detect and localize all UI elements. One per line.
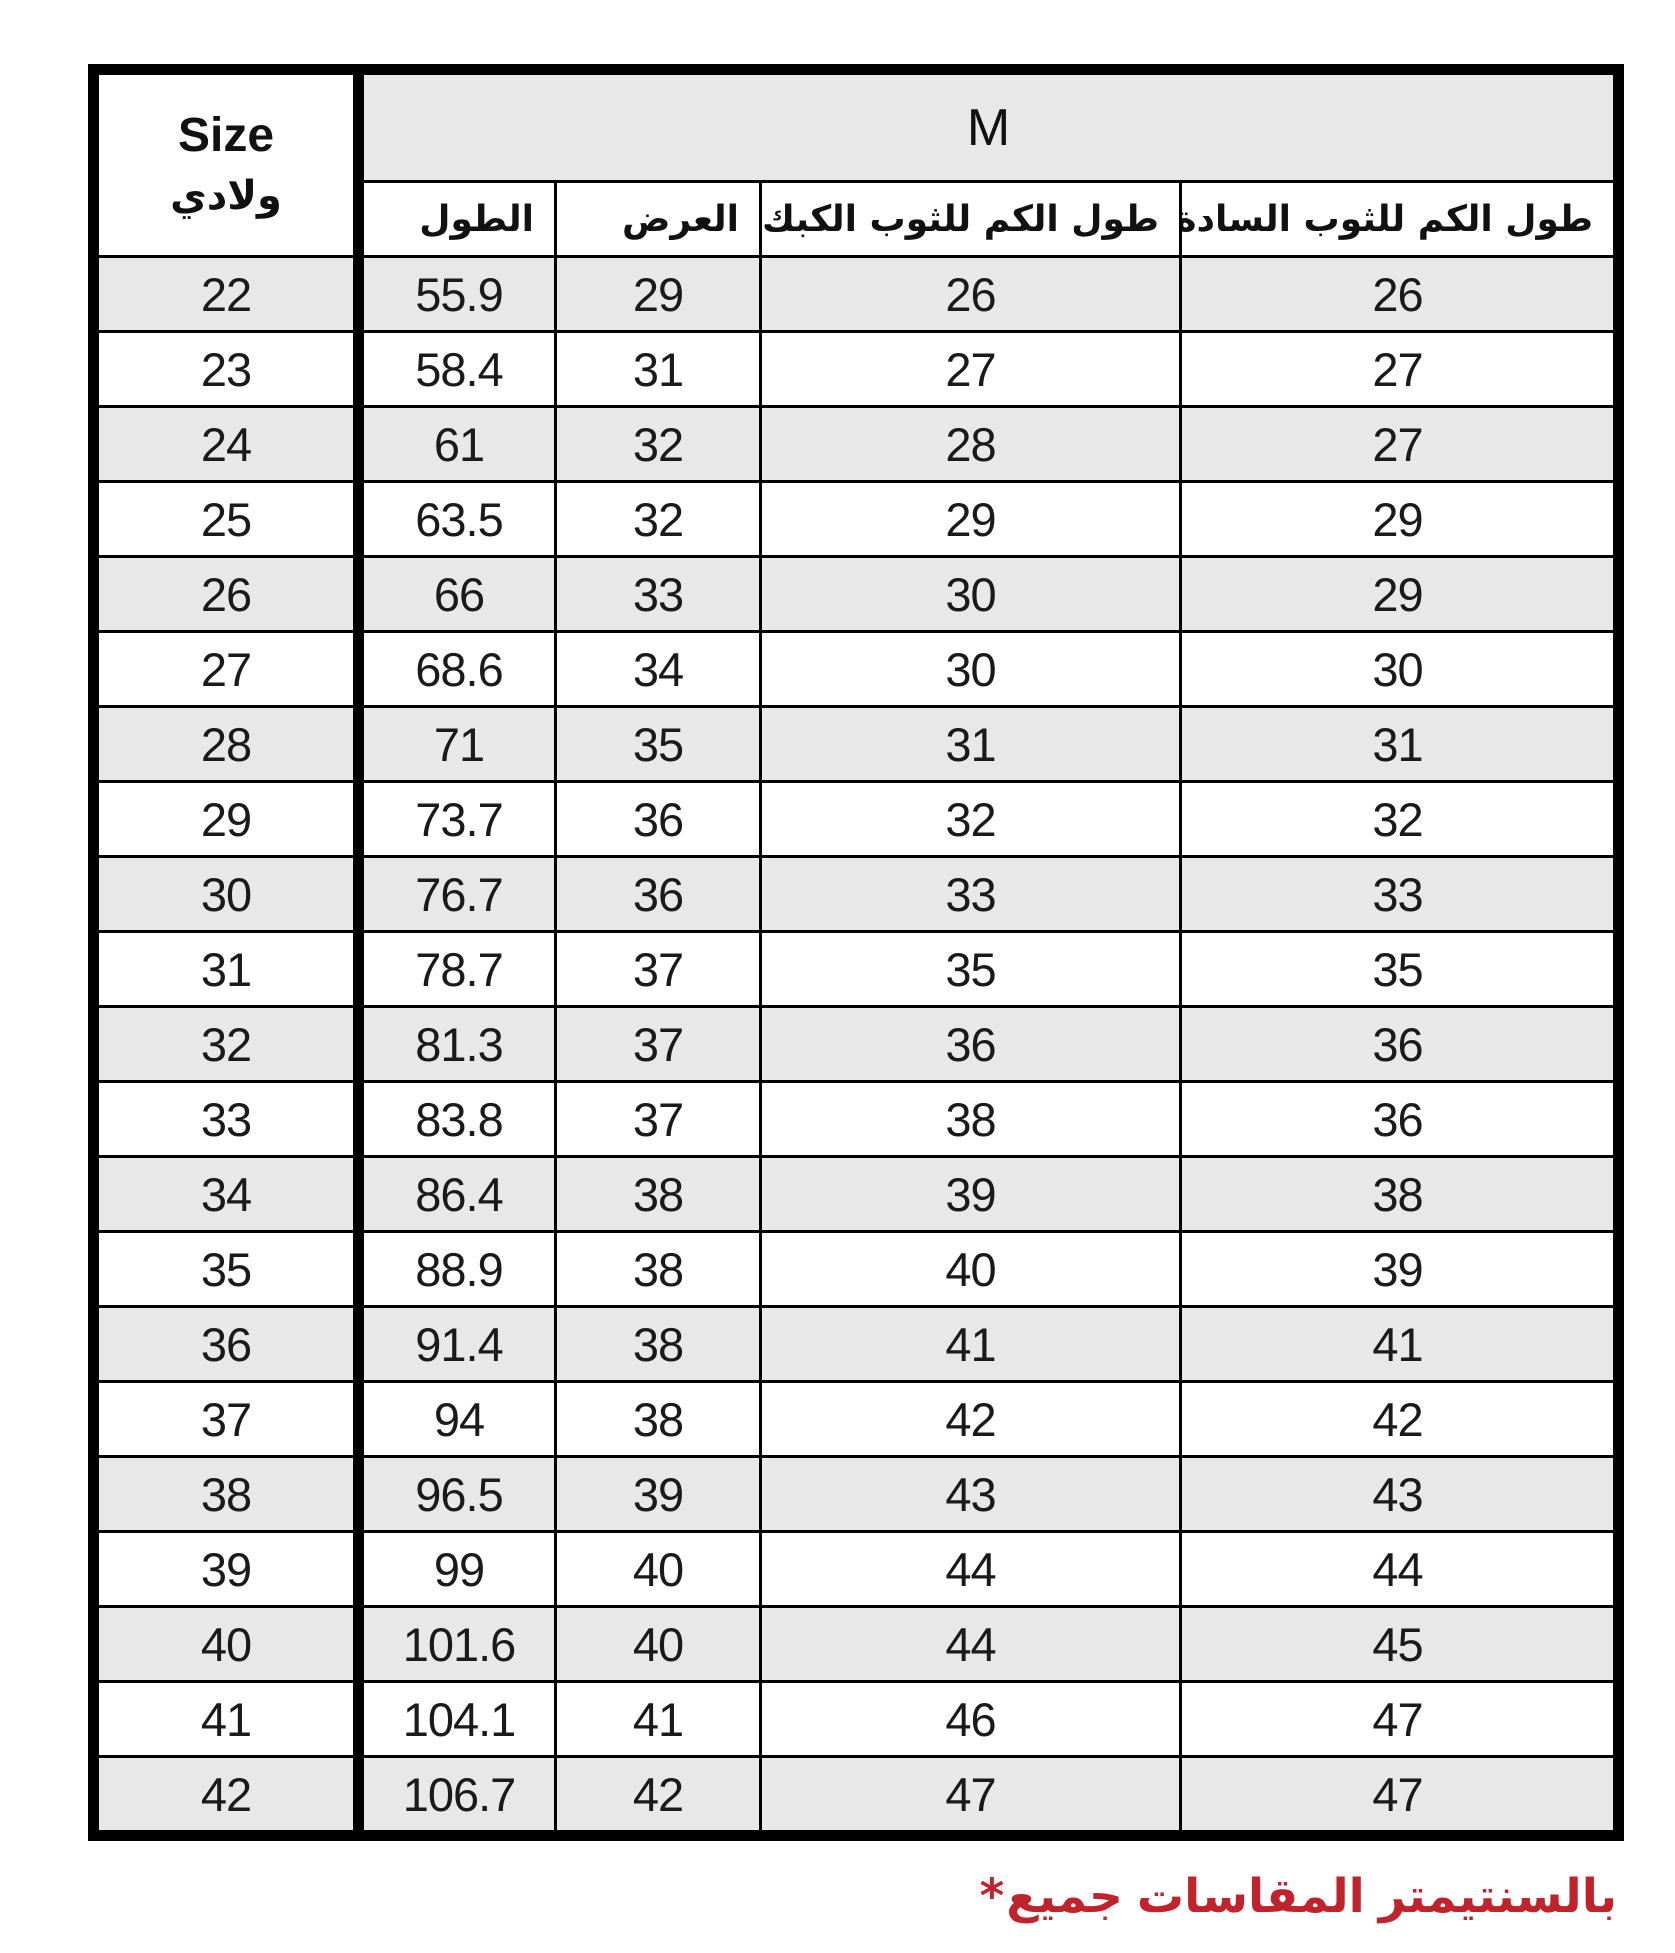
group-header-m: M <box>359 70 1619 182</box>
sleeve-plain-cell: 41 <box>1181 1307 1619 1382</box>
width-cell: 40 <box>556 1532 761 1607</box>
measurements-footnote: * جميع المقاسات بالسنتيمتر <box>980 1866 1617 1927</box>
length-cell: 58.4 <box>359 332 556 407</box>
sleeve-cuff-cell: 44 <box>761 1607 1181 1682</box>
sleeve-cuff-cell: 40 <box>761 1232 1181 1307</box>
size-chart-table: Size ولادي M الطول العرض طول الكم للثوب … <box>88 64 1624 1841</box>
width-cell: 36 <box>556 782 761 857</box>
sleeve-cuff-cell: 32 <box>761 782 1181 857</box>
column-header-width: العرض <box>556 182 761 257</box>
width-cell: 38 <box>556 1307 761 1382</box>
size-cell: 28 <box>94 707 359 782</box>
table-row: 32 81.3 37 36 36 <box>94 1007 1619 1082</box>
sleeve-cuff-cell: 44 <box>761 1532 1181 1607</box>
table-row: 25 63.5 32 29 29 <box>94 482 1619 557</box>
sleeve-cuff-cell: 38 <box>761 1082 1181 1157</box>
table-row: 34 86.4 38 39 38 <box>94 1157 1619 1232</box>
sleeve-plain-cell: 44 <box>1181 1532 1619 1607</box>
length-cell: 106.7 <box>359 1757 556 1836</box>
width-cell: 37 <box>556 1007 761 1082</box>
sleeve-plain-cell: 33 <box>1181 857 1619 932</box>
length-cell: 94 <box>359 1382 556 1457</box>
sleeve-cuff-cell: 33 <box>761 857 1181 932</box>
size-cell: 32 <box>94 1007 359 1082</box>
sleeve-cuff-cell: 36 <box>761 1007 1181 1082</box>
width-cell: 38 <box>556 1232 761 1307</box>
table-row: 38 96.5 39 43 43 <box>94 1457 1619 1532</box>
column-header-length: الطول <box>359 182 556 257</box>
width-cell: 36 <box>556 857 761 932</box>
size-cell: 39 <box>94 1532 359 1607</box>
size-cell: 36 <box>94 1307 359 1382</box>
table-row: 36 91.4 38 41 41 <box>94 1307 1619 1382</box>
width-cell: 42 <box>556 1757 761 1836</box>
sleeve-cuff-cell: 29 <box>761 482 1181 557</box>
size-cell: 42 <box>94 1757 359 1836</box>
sleeve-plain-cell: 30 <box>1181 632 1619 707</box>
sleeve-cuff-cell: 39 <box>761 1157 1181 1232</box>
column-header-sleeve-cuff: طول الكم للثوب الكبك <box>761 182 1181 257</box>
size-cell: 35 <box>94 1232 359 1307</box>
sleeve-cuff-cell: 26 <box>761 257 1181 332</box>
length-cell: 55.9 <box>359 257 556 332</box>
sleeve-plain-cell: 47 <box>1181 1682 1619 1757</box>
table-row: 42 106.7 42 47 47 <box>94 1757 1619 1836</box>
length-cell: 71 <box>359 707 556 782</box>
size-cell: 27 <box>94 632 359 707</box>
group-header-row: Size ولادي M <box>94 70 1619 182</box>
sleeve-plain-cell: 29 <box>1181 482 1619 557</box>
size-cell: 38 <box>94 1457 359 1532</box>
size-cell: 31 <box>94 932 359 1007</box>
size-cell: 22 <box>94 257 359 332</box>
sleeve-plain-cell: 43 <box>1181 1457 1619 1532</box>
length-cell: 73.7 <box>359 782 556 857</box>
sleeve-plain-cell: 35 <box>1181 932 1619 1007</box>
size-cell: 26 <box>94 557 359 632</box>
sleeve-cuff-cell: 27 <box>761 332 1181 407</box>
width-cell: 37 <box>556 932 761 1007</box>
sleeve-cuff-cell: 46 <box>761 1682 1181 1757</box>
table-row: 23 58.4 31 27 27 <box>94 332 1619 407</box>
size-cell: 41 <box>94 1682 359 1757</box>
length-cell: 63.5 <box>359 482 556 557</box>
sleeve-plain-cell: 45 <box>1181 1607 1619 1682</box>
length-cell: 78.7 <box>359 932 556 1007</box>
sleeve-cuff-cell: 30 <box>761 632 1181 707</box>
table-row: 27 68.6 34 30 30 <box>94 632 1619 707</box>
sleeve-plain-cell: 29 <box>1181 557 1619 632</box>
length-cell: 91.4 <box>359 1307 556 1382</box>
table-row: 41 104.1 41 46 47 <box>94 1682 1619 1757</box>
table-row: 29 73.7 36 32 32 <box>94 782 1619 857</box>
width-cell: 38 <box>556 1157 761 1232</box>
length-cell: 66 <box>359 557 556 632</box>
size-cell: 30 <box>94 857 359 932</box>
size-cell: 24 <box>94 407 359 482</box>
width-cell: 39 <box>556 1457 761 1532</box>
sleeve-plain-cell: 47 <box>1181 1757 1619 1836</box>
sleeve-cuff-cell: 30 <box>761 557 1181 632</box>
length-cell: 68.6 <box>359 632 556 707</box>
sleeve-cuff-cell: 41 <box>761 1307 1181 1382</box>
length-cell: 83.8 <box>359 1082 556 1157</box>
sleeve-plain-cell: 27 <box>1181 332 1619 407</box>
size-cell: 25 <box>94 482 359 557</box>
width-cell: 38 <box>556 1382 761 1457</box>
sleeve-plain-cell: 38 <box>1181 1157 1619 1232</box>
sleeve-plain-cell: 31 <box>1181 707 1619 782</box>
sleeve-cuff-cell: 28 <box>761 407 1181 482</box>
sleeve-plain-cell: 39 <box>1181 1232 1619 1307</box>
length-cell: 88.9 <box>359 1232 556 1307</box>
sleeve-cuff-cell: 47 <box>761 1757 1181 1836</box>
size-cell: 23 <box>94 332 359 407</box>
table-row: 37 94 38 42 42 <box>94 1382 1619 1457</box>
width-cell: 34 <box>556 632 761 707</box>
table-row: 33 83.8 37 38 36 <box>94 1082 1619 1157</box>
column-header-sleeve-plain: طول الكم للثوب السادة <box>1181 182 1619 257</box>
sleeve-cuff-cell: 35 <box>761 932 1181 1007</box>
footnote-word: بالسنتيمتر <box>1379 1866 1617 1927</box>
width-cell: 32 <box>556 482 761 557</box>
sleeve-plain-cell: 36 <box>1181 1082 1619 1157</box>
table-row: 26 66 33 30 29 <box>94 557 1619 632</box>
size-label-en: Size <box>99 110 353 163</box>
size-label-ar: ولادي <box>99 172 353 220</box>
width-cell: 40 <box>556 1607 761 1682</box>
length-cell: 99 <box>359 1532 556 1607</box>
footnote-word: المقاسات <box>1137 1866 1365 1927</box>
width-cell: 32 <box>556 407 761 482</box>
length-cell: 81.3 <box>359 1007 556 1082</box>
size-cell: 40 <box>94 1607 359 1682</box>
length-cell: 96.5 <box>359 1457 556 1532</box>
sleeve-plain-cell: 36 <box>1181 1007 1619 1082</box>
table-row: 22 55.9 29 26 26 <box>94 257 1619 332</box>
table-row: 31 78.7 37 35 35 <box>94 932 1619 1007</box>
table-body: 22 55.9 29 26 26 23 58.4 31 27 27 24 61 … <box>94 257 1619 1836</box>
length-cell: 101.6 <box>359 1607 556 1682</box>
width-cell: 35 <box>556 707 761 782</box>
table-row: 39 99 40 44 44 <box>94 1532 1619 1607</box>
width-cell: 33 <box>556 557 761 632</box>
table-row: 30 76.7 36 33 33 <box>94 857 1619 932</box>
size-cell: 34 <box>94 1157 359 1232</box>
sleeve-plain-cell: 42 <box>1181 1382 1619 1457</box>
size-chart-container: Size ولادي M الطول العرض طول الكم للثوب … <box>88 64 1624 1841</box>
sleeve-plain-cell: 32 <box>1181 782 1619 857</box>
size-cell: 29 <box>94 782 359 857</box>
width-cell: 31 <box>556 332 761 407</box>
table-row: 28 71 35 31 31 <box>94 707 1619 782</box>
length-cell: 76.7 <box>359 857 556 932</box>
table-row: 35 88.9 38 40 39 <box>94 1232 1619 1307</box>
length-cell: 104.1 <box>359 1682 556 1757</box>
sleeve-cuff-cell: 31 <box>761 707 1181 782</box>
table-row: 24 61 32 28 27 <box>94 407 1619 482</box>
length-cell: 61 <box>359 407 556 482</box>
length-cell: 86.4 <box>359 1157 556 1232</box>
sleeve-cuff-cell: 42 <box>761 1382 1181 1457</box>
width-cell: 41 <box>556 1682 761 1757</box>
sleeve-plain-cell: 27 <box>1181 407 1619 482</box>
size-chart-page: Size ولادي M الطول العرض طول الكم للثوب … <box>0 0 1675 1953</box>
corner-header-cell: Size ولادي <box>94 70 359 257</box>
size-cell: 33 <box>94 1082 359 1157</box>
table-row: 40 101.6 40 44 45 <box>94 1607 1619 1682</box>
width-cell: 29 <box>556 257 761 332</box>
width-cell: 37 <box>556 1082 761 1157</box>
size-cell: 37 <box>94 1382 359 1457</box>
footnote-word: جميع <box>1006 1866 1123 1927</box>
sleeve-plain-cell: 26 <box>1181 257 1619 332</box>
sleeve-cuff-cell: 43 <box>761 1457 1181 1532</box>
footnote-asterisk: * <box>980 1866 1005 1927</box>
